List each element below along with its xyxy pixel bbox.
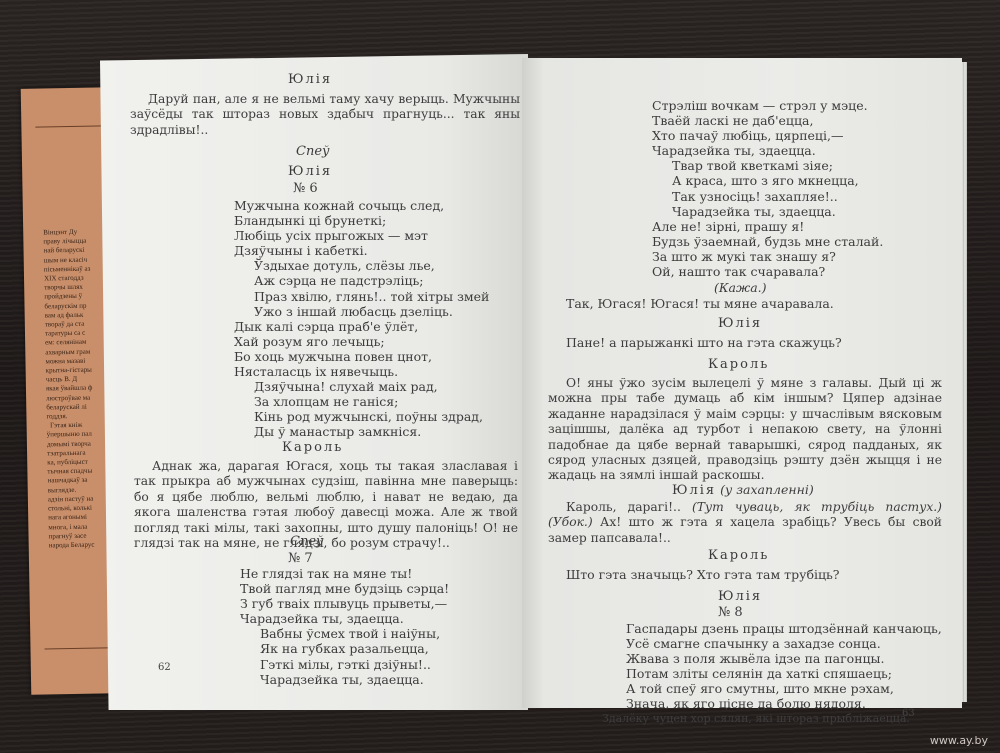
- song-verse: Не глядзі так на мяне ты!Твой пагляд мне…: [240, 566, 449, 687]
- stage-remark: (у захапленні): [720, 482, 814, 497]
- verse-line: Гаспадары дзень працы штодзённай канчаюц…: [626, 621, 942, 636]
- dialogue-text: Ах! што ж гэта я хацела зрабіць? Увесь б…: [548, 515, 942, 544]
- verse-line: З губ тваіх плывуць прыветы,—: [240, 596, 449, 611]
- speaker-name: Юлія: [718, 589, 762, 604]
- dialogue-paragraph: Даруй пан, але я не вельмі таму хачу вер…: [130, 92, 520, 138]
- speaker-name: Юлія: [718, 316, 762, 331]
- stage-direction: (Кажа.): [714, 280, 767, 295]
- verse-line: Ды ў манастыр замкніся.: [234, 424, 489, 439]
- verse-line: Ужо з іншай любасць дзеліць.: [234, 304, 489, 319]
- verse-line: Любіць усіх прыгожых — мэт: [234, 228, 489, 243]
- verse-line: Дзяўчыны і кабеткі.: [234, 243, 489, 258]
- verse-line: Тваёй ласкі не даб'ецца,: [652, 113, 883, 128]
- verse-line: Жвава з поля жывёла ідзе па пагонцы.: [626, 651, 942, 666]
- verse-line: Як на губках разальецца,: [240, 641, 449, 656]
- song-label: Спеў: [290, 534, 324, 549]
- verse-line: Вабны ўсмех твой і наіўны,: [240, 626, 449, 641]
- song-label: Спеў: [296, 144, 330, 159]
- verse-line: Хай розум яго лечыць;: [234, 334, 489, 349]
- speaker-name: Кароль: [282, 440, 343, 455]
- song-number: № 6: [293, 181, 318, 196]
- verse-line: Мужчына кожнай сочыць след,: [234, 198, 489, 213]
- verse-line: Чарадзейка ты, здаецца.: [652, 143, 883, 158]
- page-number: 63: [902, 708, 915, 719]
- booklet-rule-top: [35, 125, 111, 127]
- stage-direction: Здалёку чуцен хор сялян, які штораз прыб…: [602, 711, 910, 726]
- song-verse: Гаспадары дзень працы штодзённай канчаюц…: [626, 621, 942, 712]
- verse-line: Хто пачаў любіць, цярпеці,—: [652, 128, 883, 143]
- left-page: Юлія Даруй пан, але я не вельмі таму хач…: [100, 54, 528, 710]
- verse-line: Кінь род мужчынскі, поўны здрад,: [234, 409, 489, 424]
- page-number: 62: [158, 662, 171, 673]
- verse-line: Так узносіць! захапляе!..: [652, 189, 883, 204]
- speaker-name: Кароль: [708, 548, 769, 563]
- watermark: www.ay.by: [930, 734, 988, 747]
- dialogue-line: Так, Югася! Югася! ты мяне ачаравала.: [566, 296, 834, 311]
- verse-line: Праз хвілю, глянь!.. той хітры змей: [234, 289, 489, 304]
- verse-line: Твар твой кветкамі зіяе;: [652, 158, 883, 173]
- speaker-name: Юлія: [288, 164, 332, 179]
- dialogue-text: Кароль, дарагі!..: [566, 500, 692, 514]
- verse-line: За хлопцам не ганіся;: [234, 394, 489, 409]
- right-page: Стрэліш вочкам — стрэл у мэце.Тваёй ласк…: [522, 58, 962, 708]
- verse-line: Потам зліты селянін да хаткі спяшаець;: [626, 666, 942, 681]
- song-number: № 7: [288, 551, 313, 566]
- dialogue-paragraph: О! яны ўжо зусім вылецелі ў мяне з галав…: [548, 376, 942, 484]
- verse-line: Ўздыхае дотуль, слёзы лье,: [234, 258, 489, 273]
- verse-line: Усё смагне спачынку а захадзе сонца.: [626, 636, 942, 651]
- verse-line: Бландынкі ці брунеткі;: [234, 213, 489, 228]
- verse-line: Чарадзейка ты, здаецца.: [240, 611, 449, 626]
- dialogue-paragraph: Кароль, дарагі!.. (Тут чуваць, як трубіц…: [548, 500, 942, 546]
- dialogue-paragraph: Аднак жа, дарагая Югася, хоць ты такая з…: [134, 459, 518, 551]
- verse-line: Аж сэрца не падстрэліць;: [234, 273, 489, 288]
- speaker-name: Юлія: [672, 483, 716, 498]
- verse-line: Бо хоць мужчына повен цнот,: [234, 349, 489, 364]
- verse-line: Стрэліш вочкам — стрэл у мэце.: [652, 98, 883, 113]
- verse-line: А краса, што з яго мкнецца,: [652, 173, 883, 188]
- verse-line: Чарадзейка ты, здаецца.: [652, 204, 883, 219]
- verse-line: Дзяўчына! слухай маіх рад,: [234, 379, 489, 394]
- verse-line: Чарадзейка ты, здаецца.: [240, 672, 449, 687]
- verse-line: Нясталасць іх нявечыць.: [234, 364, 489, 379]
- verse-line: А той спеў яго смутны, што мкне рэхам,: [626, 681, 942, 696]
- song-verse: Мужчына кожнай сочыць след,Бландынкі ці …: [234, 198, 489, 440]
- speaker-name: Юлія: [288, 72, 332, 87]
- verse-line: Гэткі мілы, гэткі дзіўны!..: [240, 657, 449, 672]
- song-number: № 8: [718, 605, 743, 620]
- verse-line: Будзь ўзаемнай, будзь мне сталай.: [652, 234, 883, 249]
- verse-line: Не глядзі так на мяне ты!: [240, 566, 449, 581]
- dialogue-line: Пане! а парыжанкі што на гэта скажуць?: [566, 335, 842, 350]
- verse-line: Знача, як яго ціcне да болю нядоля.: [626, 696, 942, 711]
- verse-line: Дык калі сэрца праб'е ўлёт,: [234, 319, 489, 334]
- speaker-with-remark: Юлія (у захапленні): [672, 482, 814, 498]
- dialogue-line: Што гэта значыць? Хто гэта там трубіць?: [566, 567, 840, 582]
- verse-line: Твой пагляд мне будзіць сэрца!: [240, 581, 449, 596]
- speaker-name: Кароль: [708, 357, 769, 372]
- verse-line: Але не! зірні, прашу я!: [652, 219, 883, 234]
- verse-line: За што ж мукі так знашу я?: [652, 249, 883, 264]
- verse-line: Ой, нашто так счаравала?: [652, 264, 883, 279]
- song-verse: Стрэліш вочкам — стрэл у мэце.Тваёй ласк…: [652, 98, 883, 279]
